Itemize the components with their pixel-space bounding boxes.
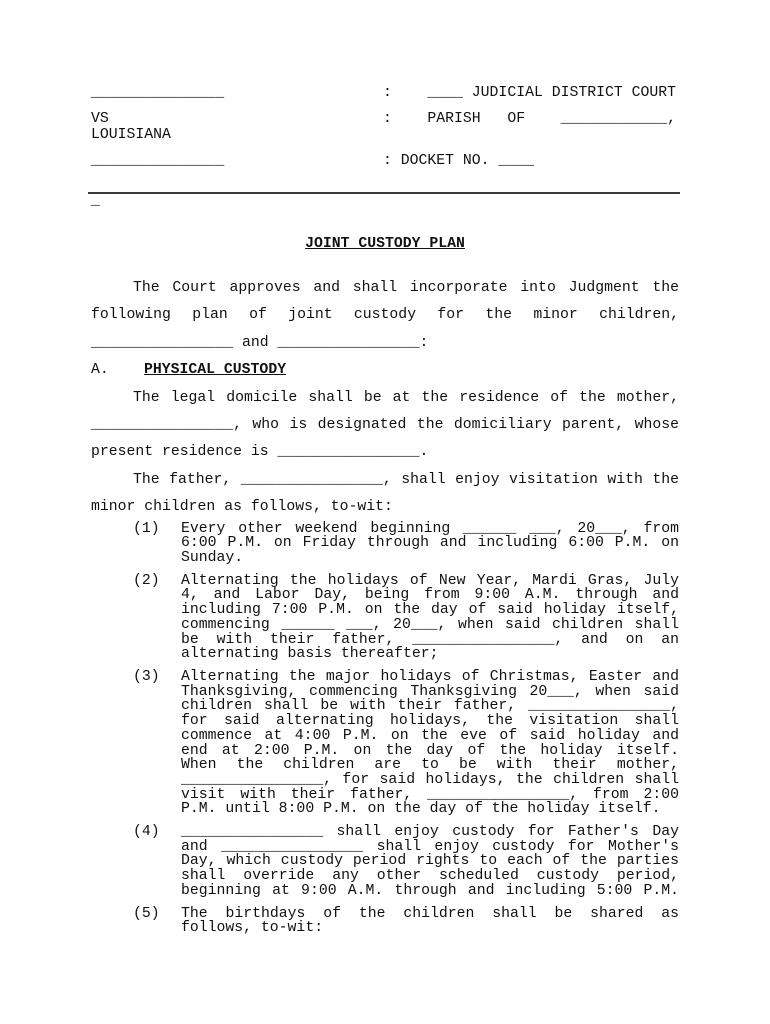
visitation-item-3: (3)Alternating the major holidays of Chr… <box>91 670 679 817</box>
document-title: JOINT CUSTODY PLAN <box>91 234 679 254</box>
caption-row: _______________: ____ JUDICIAL DISTRICT … <box>91 85 679 101</box>
caption-left-cell: LOUISIANA <box>91 127 383 143</box>
text-line: including 7:00 P.M. on the day of said h… <box>181 603 679 618</box>
text-line: Alternating the major holidays of Christ… <box>181 670 679 685</box>
caption-right-cell <box>383 127 679 143</box>
item-number: (3) <box>133 670 160 685</box>
text-line: The Court approves and shall incorporate… <box>91 275 679 302</box>
visitation-item-2: (2)Alternating the holidays of New Year,… <box>91 574 679 662</box>
item-number: (4) <box>133 825 160 840</box>
section-heading: PHYSICAL CUSTODY <box>144 362 286 378</box>
item-number: (5) <box>133 907 160 922</box>
visitation-item-5: (5)The birthdays of the children shall b… <box>91 907 679 936</box>
item-number: (1) <box>133 522 160 537</box>
caption-row: _______________: DOCKET NO. ____ <box>91 153 679 169</box>
text-line: When the children are to be with their m… <box>181 758 679 773</box>
text-line: ________________ and ________________: <box>91 330 679 357</box>
text-line: The birthdays of the children shall be s… <box>181 907 679 922</box>
caption-row: LOUISIANA <box>91 127 679 143</box>
document-page: _______________: ____ JUDICIAL DISTRICT … <box>0 0 770 1024</box>
text-line: alternating basis thereafter; <box>181 647 679 662</box>
intro-paragraph: The Court approves and shall incorporate… <box>91 275 679 357</box>
caption-left-cell: VS <box>91 111 383 127</box>
text-line: commence at 4:00 P.M. on the eve of said… <box>181 729 679 744</box>
domicile-paragraph: The legal domicile shall be at the resid… <box>91 385 679 467</box>
caption-right-cell: : PARISH OF ____________, <box>383 111 679 127</box>
text-line: ________________ shall enjoy custody for… <box>181 825 679 840</box>
text-line: The legal domicile shall be at the resid… <box>91 385 679 412</box>
father-visitation-paragraph: The father, ________________, shall enjo… <box>91 467 679 522</box>
text-line: present residence is ________________. <box>91 439 679 466</box>
caption-left-cell: _______________ <box>91 153 383 169</box>
text-line: minor children as follows, to-wit: <box>91 494 679 521</box>
text-line: beginning at 9:00 A.M. through and inclu… <box>181 884 679 899</box>
section-a-heading: A.PHYSICAL CUSTODY <box>91 357 679 384</box>
text-line: following plan of joint custody for the … <box>91 302 679 329</box>
visitation-item-1: (1)Every other weekend beginning ______ … <box>91 522 679 566</box>
visitation-item-4: (4)________________ shall enjoy custody … <box>91 825 679 899</box>
text-line: Alternating the holidays of New Year, Ma… <box>181 574 679 589</box>
caption-right-cell: : DOCKET NO. ____ <box>383 153 679 169</box>
item-number: (2) <box>133 574 160 589</box>
case-caption: _______________: ____ JUDICIAL DISTRICT … <box>91 85 679 169</box>
text-line: ________________, for said holidays, the… <box>181 773 679 788</box>
section-marker: A. <box>91 357 144 384</box>
text-line: follows, to-wit: <box>181 921 679 936</box>
text-line: Every other weekend beginning ______ ___… <box>181 522 679 537</box>
text-line: end at 2:00 P.M. on the day of the holid… <box>181 744 679 759</box>
text-line: 6:00 P.M. on Friday through and includin… <box>181 536 679 551</box>
text-line: P.M. until 8:00 P.M. on the day of the h… <box>181 802 679 817</box>
document-body: The Court approves and shall incorporate… <box>91 275 679 936</box>
caption-row: VS: PARISH OF ____________, <box>91 111 679 127</box>
text-line: visit with their father, _______________… <box>181 788 679 803</box>
text-line: shall override any other scheduled custo… <box>181 869 679 884</box>
text-line: children shall be with their father, ___… <box>181 699 679 714</box>
text-line: 4, and Labor Day, being from 9:00 A.M. t… <box>181 588 679 603</box>
caption-left-cell: _______________ <box>91 85 383 101</box>
text-line: Day, which custody period rights to each… <box>181 854 679 869</box>
text-line: ________________, who is designated the … <box>91 412 679 439</box>
text-line: commencing ______ ___, 20___, when said … <box>181 618 679 633</box>
text-line: be with their father, ________________, … <box>181 633 679 648</box>
text-line: and ________________ shall enjoy custody… <box>181 840 679 855</box>
text-line: for said alternating holidays, the visit… <box>181 714 679 729</box>
text-line: The father, ________________, shall enjo… <box>91 467 679 494</box>
caption-separator-underscore: _ <box>91 194 679 208</box>
text-line: Sunday. <box>181 551 679 566</box>
text-line: Thanksgiving, commencing Thanksgiving 20… <box>181 685 679 700</box>
caption-right-cell: : ____ JUDICIAL DISTRICT COURT <box>383 85 679 101</box>
